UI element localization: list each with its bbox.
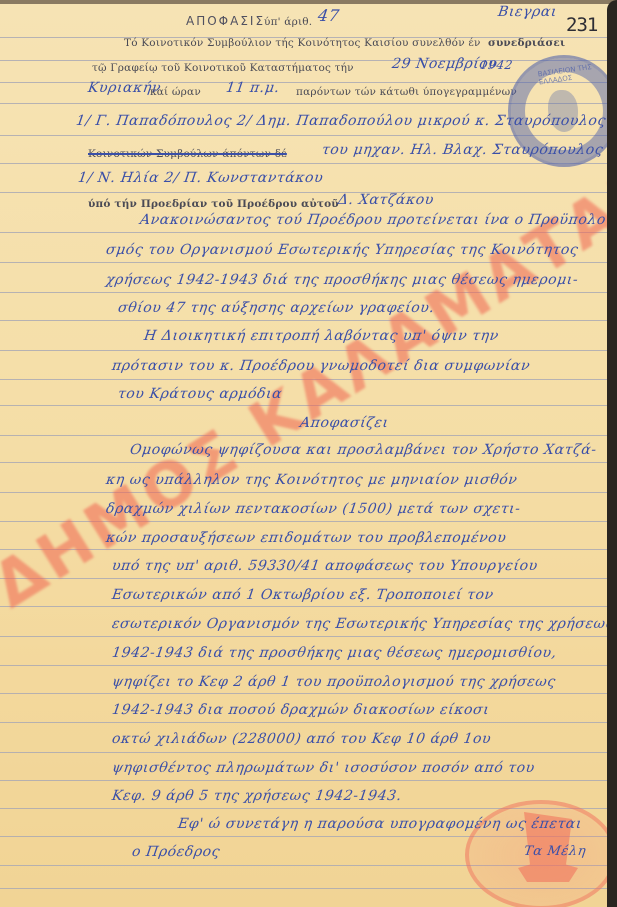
absent-members-1: του μηχαν. Ηλ. Βλαχ. Σταυρόπουλος bbox=[321, 142, 605, 158]
body-line: του Κράτους αρμόδια bbox=[117, 386, 283, 402]
document-page: ΔΗΜΟΣ ΚΑΛΑΜΑΤΑΣ ΑΠΟΦΑΣΙΣ ύπ' άριθ. 47 Βι… bbox=[0, 0, 617, 907]
ruled-line bbox=[0, 780, 607, 781]
closing-line: Εφ' ώ συνετάγη η παρούσα υπογραφομένη ως… bbox=[177, 816, 583, 832]
body-line: Εσωτερικών από 1 Οκτωβρίου εξ. Τροποποιε… bbox=[111, 587, 495, 603]
meeting-year: 1942 bbox=[479, 58, 514, 72]
presidency-label: ύπό τήν Προεδρίαν τοῦ Προέδρου αὐτοῦ bbox=[88, 198, 339, 210]
body-line: ψηφισθέντος πληρωμάτων δι' ισοσύσον ποσό… bbox=[111, 760, 536, 776]
body-line: ψηφίζει το Κεφ 2 άρθ 1 του προϋπολογισμο… bbox=[111, 674, 557, 690]
body-line: οκτώ χιλιάδων (228000) από του Κεφ 10 άρ… bbox=[111, 731, 492, 747]
signature-president: ο Πρόεδρος bbox=[131, 844, 221, 860]
body-line: πρότασιν του κ. Προέδρου γνωμοδοτεί δια … bbox=[111, 358, 531, 374]
body-line: Η Διοικητική επιτροπή λαβόντας υπ' όψιν … bbox=[143, 328, 500, 344]
decision-number: 47 bbox=[317, 6, 341, 25]
body-line: δραχμών χιλίων πεντακοσίων (1500) μετά τ… bbox=[105, 501, 522, 517]
attendees-present: 1/ Γ. Παπαδόπουλος 2/ Δημ. Παπαδοπούλου … bbox=[75, 113, 607, 129]
header-line-1: Τό Κοινοτικόν Συμβούλιον τής Κοινότητος … bbox=[124, 37, 481, 49]
ruled-line bbox=[0, 752, 607, 753]
body-line: χρήσεως 1942-1943 διά της προσθήκης μιας… bbox=[105, 272, 580, 288]
page-number: 231 bbox=[566, 14, 597, 36]
body-line: σμός του Οργανισμού Εσωτερικής Υπηρεσίας… bbox=[105, 242, 580, 258]
body-line: Κεφ. 9 άρθ 5 της χρήσεως 1942-1943. bbox=[111, 788, 403, 804]
ruled-line bbox=[0, 665, 607, 666]
header-line-2: τῷ Γραφείῳ τοῦ Κοινοτικοῦ Καταστήματος τ… bbox=[92, 62, 354, 74]
ruled-line bbox=[0, 350, 607, 351]
top-right-note: Βιεγραι bbox=[497, 4, 558, 20]
ruled-line bbox=[0, 606, 607, 607]
header-line-1-suffix: συνεδριάσει bbox=[488, 37, 565, 49]
page-right-edge bbox=[607, 0, 617, 907]
ruled-line bbox=[0, 722, 607, 723]
decision-title: ΑΠΟΦΑΣΙΣ bbox=[186, 14, 265, 28]
absent-label: Κοινοτικών Συμβούλων άπόντων δέ bbox=[88, 148, 287, 160]
body-line: Ομοφώνως ψηφίζουσα και προσλαμβάνει τον … bbox=[129, 442, 598, 458]
ruled-line bbox=[0, 462, 607, 463]
ruled-line bbox=[0, 192, 607, 193]
number-label: ύπ' άριθ. bbox=[264, 16, 312, 28]
body-line: κών προσαυξήσεων επιδομάτων του προβλεπο… bbox=[105, 530, 508, 546]
ruled-line bbox=[0, 320, 607, 321]
body-line: εσωτερικόν Οργανισμόν της Εσωτερικής Υπη… bbox=[111, 616, 615, 632]
ruled-line bbox=[0, 578, 607, 579]
absent-members-2: 1/ Ν. Ηλία 2/ Π. Κωνσταντάκου bbox=[77, 170, 325, 186]
decision-heading: Αποφασίζει bbox=[299, 415, 390, 431]
ruled-line bbox=[0, 60, 607, 61]
ruled-line bbox=[0, 693, 607, 694]
ruled-line bbox=[0, 163, 607, 164]
time-label: καί ώραν bbox=[150, 86, 201, 98]
body-line: υπό της υπ' αριθ. 59330/41 αποφάσεως του… bbox=[111, 558, 539, 574]
meeting-time: 11 π.μ. bbox=[225, 80, 281, 96]
body-line: 1942-1943 δια ποσού δραχμών διακοσίων εί… bbox=[111, 702, 491, 718]
body-line: κη ως υπάλληλον της Κοινότητος με μηνιαί… bbox=[105, 472, 519, 488]
president-name: Δ. Χατζάκου bbox=[337, 192, 435, 208]
body-line: Ανακοινώσαντος τού Προέδρου προτείνεται … bbox=[139, 212, 617, 228]
ruled-line bbox=[0, 636, 607, 637]
header-line-3: παρόντων τών κάτωθι ύπογεγραμμένων bbox=[296, 86, 517, 98]
body-line: σθίου 47 της αύξησης αρχείων γραφείου. bbox=[117, 300, 436, 316]
signature-members: Τα Μέλη bbox=[523, 844, 587, 859]
body-line: 1942-1943 διά της προσθήκης μιας θέσεως … bbox=[111, 645, 558, 661]
